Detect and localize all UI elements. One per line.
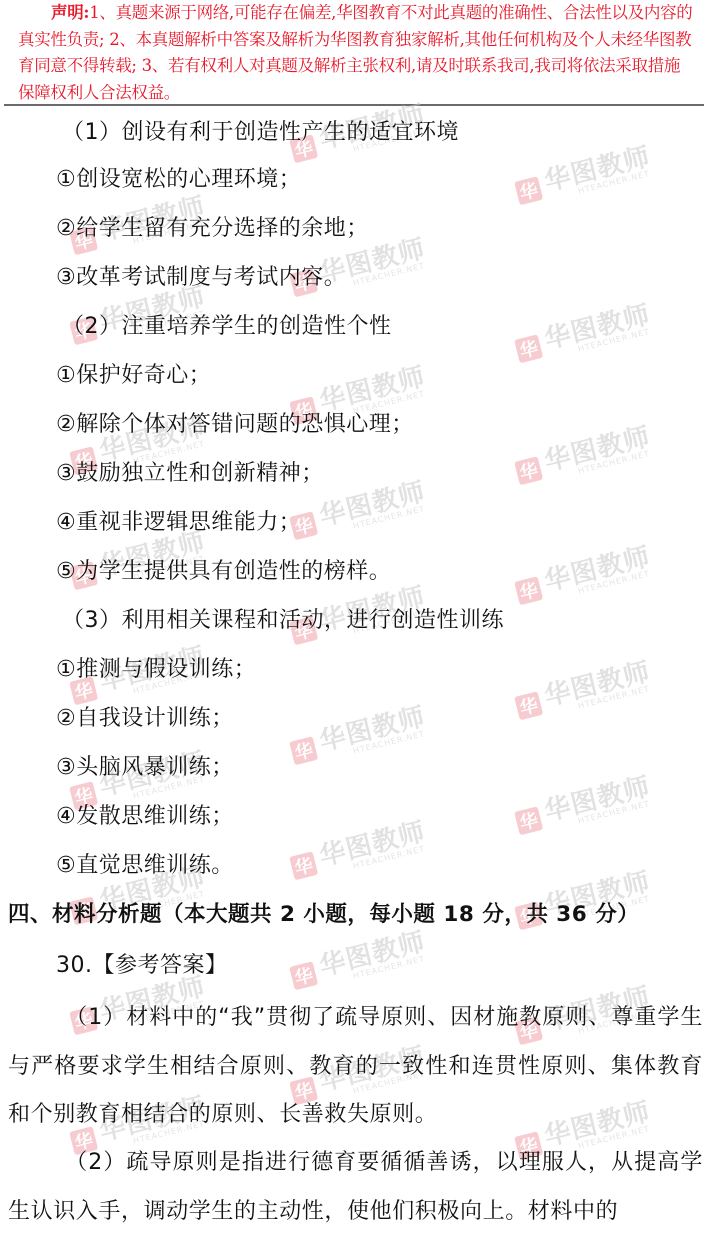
watermark-url: HTEACHER.NET (577, 169, 655, 196)
list-item: ②给学生留有充分选择的余地； (56, 214, 369, 244)
answer-paragraph-2: （2）疏导原则是指进行德育要循循善诱，以理服人，从提高学生认识入手，调动学生的主… (8, 1139, 703, 1236)
list-item: ③头脑风暴训练； (56, 753, 234, 783)
header-divider (4, 104, 704, 106)
watermark-url: HTEACHER.NET (352, 954, 430, 981)
watermark: 华华图教师HTEACHER.NET (513, 302, 655, 368)
watermark-text: 华图教师 (542, 659, 653, 710)
disclaimer-label: 声明: (51, 3, 89, 22)
huatu-logo-icon: 华 (514, 576, 543, 605)
watermark-url: HTEACHER.NET (577, 799, 655, 826)
list-item: ③改革考试制度与考试内容。 (56, 263, 346, 293)
watermark: 华华图教师HTEACHER.NET (513, 544, 655, 610)
watermark-text: 华图教师 (317, 479, 428, 530)
list-item: ①推测与假设训练； (56, 655, 256, 685)
watermark-text: 华图教师 (542, 424, 653, 475)
watermark-url: HTEACHER.NET (352, 504, 430, 531)
answer-label: 30.【参考答案】 (56, 951, 228, 981)
watermark: 华华图教师HTEACHER.NET (288, 819, 430, 885)
section-heading-1: （1）创设有利于创造性产生的适宜环境 (62, 118, 459, 148)
watermark: 华华图教师HTEACHER.NET (513, 424, 655, 490)
list-item: ③鼓励独立性和创新精神； (56, 459, 324, 489)
list-item: ①保护好奇心； (56, 361, 211, 391)
list-item: ①创设宽松的心理环境； (56, 165, 301, 195)
huatu-logo-icon: 华 (289, 961, 318, 990)
watermark: 华华图教师HTEACHER.NET (288, 704, 430, 770)
answer-paragraph-1: （1）材料中的“我”贯彻了疏导原则、因材施教原则、尊重学生与严格要求学生相结合原… (8, 994, 703, 1140)
watermark-text: 华图教师 (317, 364, 428, 415)
section-heading-3: （3）利用相关课程和活动，进行创造性训练 (62, 606, 504, 636)
watermark-text: 华图教师 (317, 819, 428, 870)
watermark-url: HTEACHER.NET (352, 844, 430, 871)
huatu-logo-icon: 华 (514, 691, 543, 720)
huatu-logo-icon: 华 (514, 334, 543, 363)
watermark-url: HTEACHER.NET (577, 327, 655, 354)
watermark-url: HTEACHER.NET (352, 729, 430, 756)
disclaimer-text: 1、真题来源于网络,可能存在偏差,华图教育不对此真题的准确性、合法性以及内容的真… (18, 3, 693, 102)
huatu-logo-icon: 华 (289, 851, 318, 880)
watermark: 华华图教师HTEACHER.NET (513, 144, 655, 210)
section-heading-2: （2）注重培养学生的创造性个性 (62, 312, 392, 342)
list-item: ②自我设计训练； (56, 704, 234, 734)
huatu-logo-icon: 华 (289, 736, 318, 765)
list-item: ④重视非逻辑思维能力； (56, 508, 301, 538)
huatu-logo-icon: 华 (514, 806, 543, 835)
watermark-url: HTEACHER.NET (577, 684, 655, 711)
watermark: 华华图教师HTEACHER.NET (513, 774, 655, 840)
watermark-text: 华图教师 (542, 302, 653, 353)
watermark-text: 华图教师 (542, 544, 653, 595)
disclaimer-notice: 声明:1、真题来源于网络,可能存在偏差,华图教育不对此真题的准确性、合法性以及内… (18, 0, 694, 106)
list-item: ②解除个体对答错问题的恐惧心理； (56, 410, 414, 440)
list-item: ⑤直觉思维训练。 (56, 851, 234, 881)
watermark-text: 华图教师 (542, 144, 653, 195)
watermark-text: 华图教师 (317, 704, 428, 755)
list-item: ④发散思维训练； (56, 802, 234, 832)
huatu-logo-icon: 华 (514, 176, 543, 205)
watermark-url: HTEACHER.NET (577, 569, 655, 596)
watermark-url: HTEACHER.NET (577, 449, 655, 476)
list-item: ⑤为学生提供具有创造性的榜样。 (56, 557, 391, 587)
watermark-url: HTEACHER.NET (352, 261, 430, 288)
watermark: 华华图教师HTEACHER.NET (513, 659, 655, 725)
watermark-text: 华图教师 (317, 929, 428, 980)
huatu-logo-icon: 华 (514, 456, 543, 485)
part4-title: 四、材料分析题（本大题共 2 小题，每小题 18 分，共 36 分） (8, 900, 639, 930)
watermark-text: 华图教师 (542, 774, 653, 825)
watermark: 华华图教师HTEACHER.NET (288, 929, 430, 995)
